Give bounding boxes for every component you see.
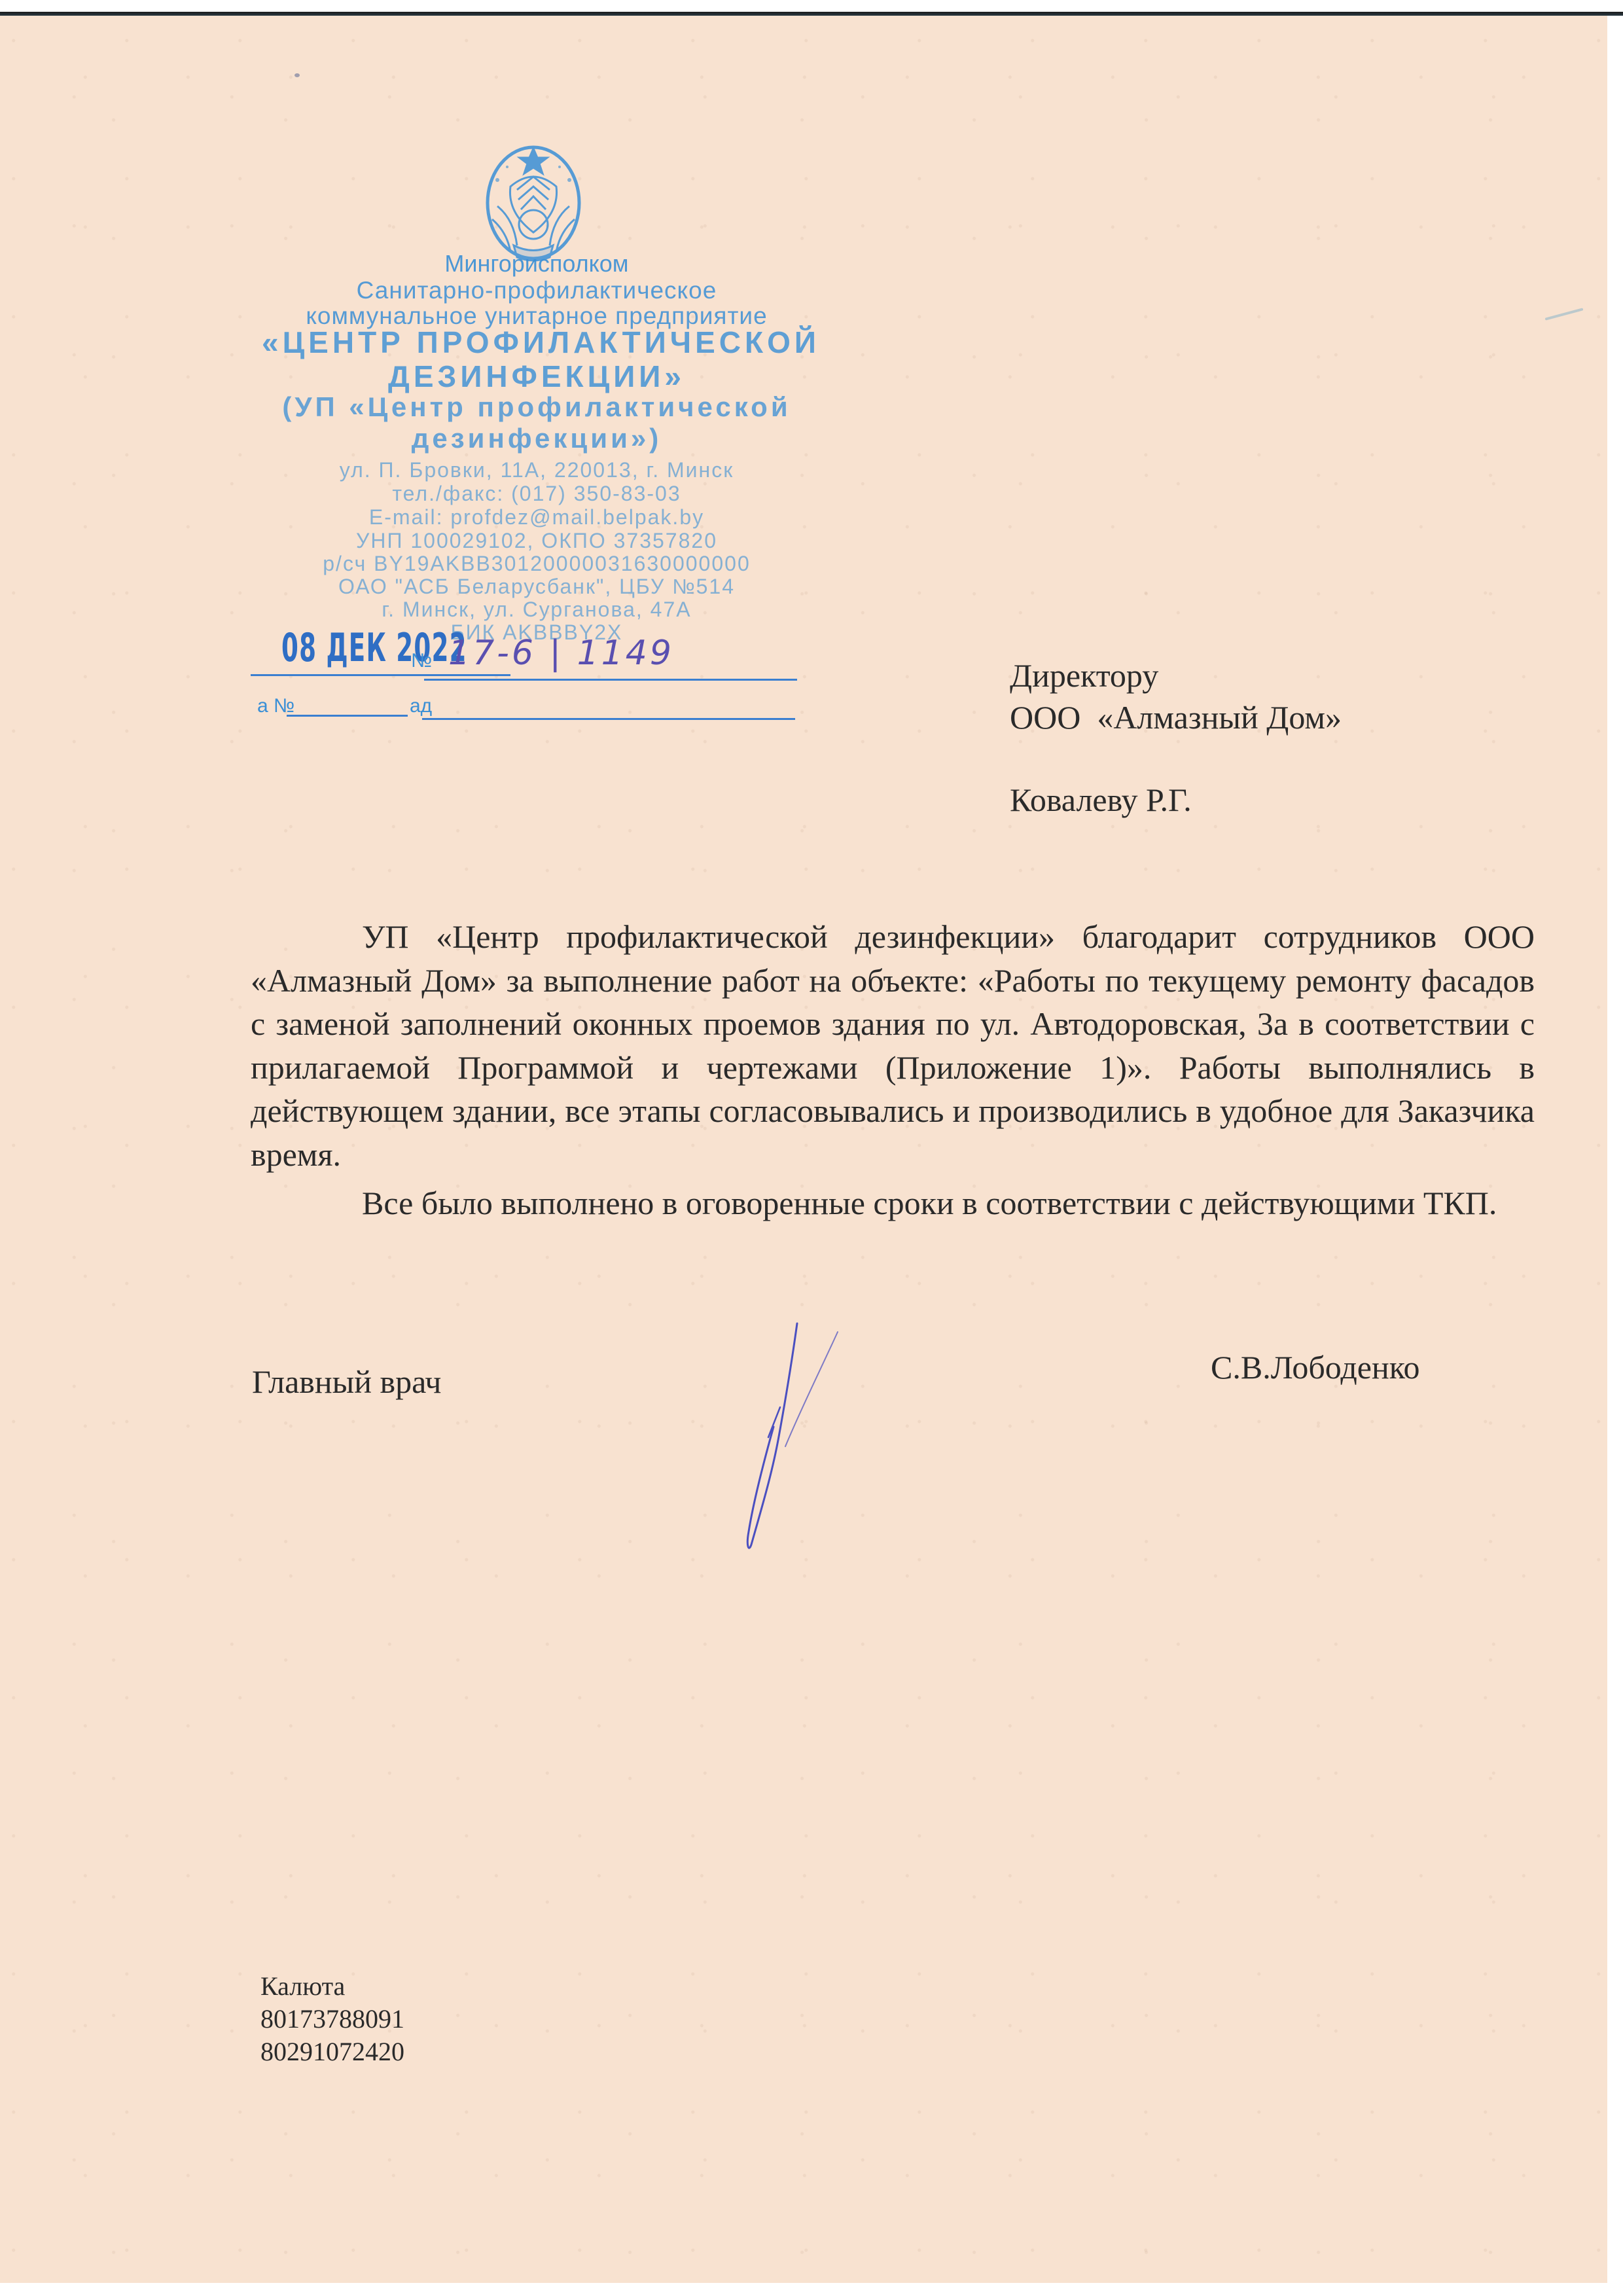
addressee-name: Ковалеву Р.Г. — [1010, 779, 1342, 821]
number-underline — [424, 679, 797, 681]
requisite-address: ул. П. Бровки, 11А, 220013, г. Минск — [262, 458, 811, 482]
letterhead-line: Мингорисполком — [262, 250, 811, 278]
requisite-bank: ОАО "АСБ Беларусбанк", ЦБУ №514 — [262, 575, 811, 599]
body-paragraph: УП «Центр профилактической дезинфекции» … — [251, 915, 1535, 1176]
addressee-block: Директору ООО «Алмазный Дом» Ковалеву Р.… — [1010, 655, 1342, 821]
date-underline-2 — [406, 674, 510, 676]
outgoing-number: 17-6 | 1149 — [448, 634, 674, 673]
number-label: № — [411, 650, 432, 672]
letterhead-line: дезинфекции») — [262, 423, 811, 454]
contact-phone: 80173788091 — [260, 2003, 404, 2036]
letterhead-line: (УП «Центр профилактической — [262, 391, 811, 423]
signatory-name: С.В.Лободенко — [1211, 1348, 1420, 1386]
body-paragraph: Все было выполнено в оговоренные сроки в… — [251, 1181, 1535, 1225]
requisite-email: E-mail: profdez@mail.belpak.by — [262, 505, 811, 529]
requisite-bank-address: г. Минск, ул. Сурганова, 47А — [262, 598, 811, 622]
contact-block: Калюта 80173788091 80291072420 — [260, 1970, 404, 2068]
contact-name: Калюта — [260, 1970, 404, 2003]
scan-speck — [294, 73, 300, 77]
requisite-account: р/сч BY19AKBB30120000031630000000 — [262, 552, 811, 576]
letterhead-line: ДЕЗИНФЕКЦИИ» — [262, 359, 811, 394]
reply-date-label: ад — [410, 695, 432, 717]
letterhead-line: «ЦЕНТР ПРОФИЛАКТИЧЕСКОЙ — [262, 325, 811, 360]
requisite-unp: УНП 100029102, ОКПО 37357820 — [262, 529, 811, 553]
reply-date-underline — [422, 718, 795, 720]
letterhead-line: Санитарно-профилактическое — [262, 277, 811, 304]
reply-number-underline — [287, 715, 408, 717]
handwritten-signature-icon — [681, 1309, 890, 1558]
signatory-title: Главный врач — [252, 1363, 441, 1401]
requisite-phone: тел./факс: (017) 350-83-03 — [262, 482, 811, 506]
contact-phone: 80291072420 — [260, 2036, 404, 2068]
addressee-organization: ООО «Алмазный Дом» — [1010, 696, 1342, 738]
date-stamp: 08 ДЕК 2022 — [281, 625, 467, 671]
date-underline — [251, 674, 411, 676]
addressee-position: Директору — [1010, 655, 1342, 696]
reply-to-label: а № — [257, 695, 294, 717]
letter-body: УП «Центр профилактической дезинфекции» … — [251, 915, 1535, 1225]
